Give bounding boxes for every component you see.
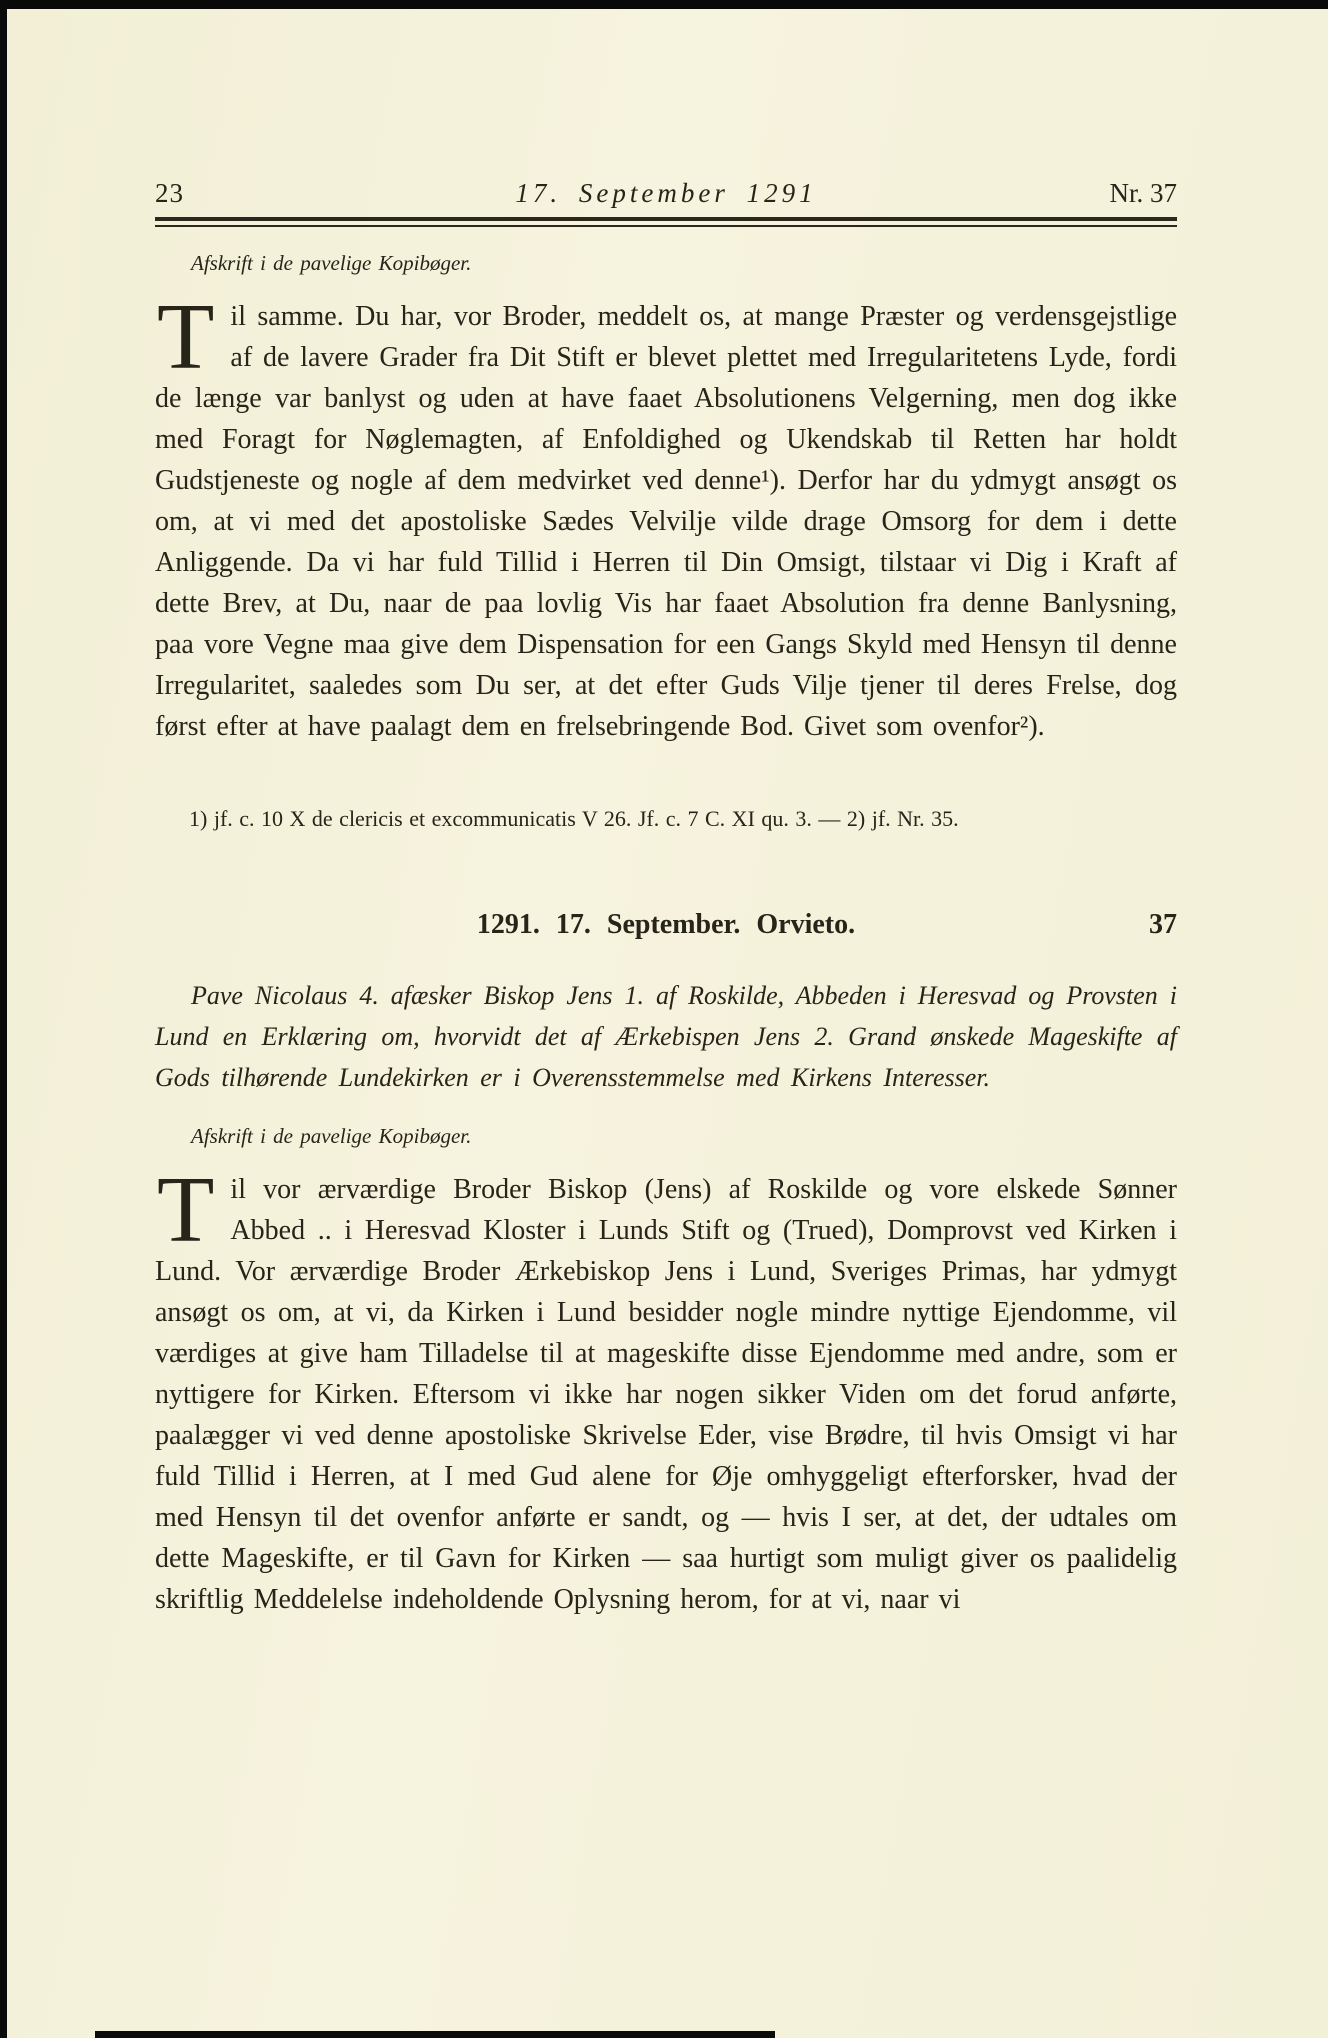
scan-edge-top [0, 0, 1328, 9]
page-number: 23 [155, 178, 335, 208]
letter-text-entry37: Til vor ærværdige Broder Biskop (Jens) a… [155, 1169, 1177, 1620]
drop-cap-initial: T [155, 296, 230, 372]
source-note-entry37: Afskrift i de pavelige Kopibøger. [191, 1124, 1177, 1149]
entry37-heading-row: 1291. 17. September. Orvieto. 37 [155, 909, 1177, 941]
letter-body: il vor ærværdige Broder Biskop (Jens) af… [155, 1174, 1177, 1615]
scan-edge-left [0, 0, 7, 2038]
letter-text-entry36: Til samme. Du har, vor Broder, meddelt o… [155, 296, 1177, 747]
entry37-summary: Pave Nicolaus 4. afæsker Biskop Jens 1. … [155, 975, 1177, 1098]
letter-body: il samme. Du har, vor Broder, meddelt os… [155, 301, 1177, 742]
footnote-entry36: 1) jf. c. 10 X de clericis et excommunic… [155, 805, 1177, 833]
running-title: 17. September 1291 [335, 178, 997, 208]
header-double-rule [155, 217, 1177, 227]
entry-ref-number: Nr. 37 [997, 178, 1177, 208]
drop-cap-initial: T [155, 1169, 230, 1245]
page-content: 23 17. September 1291 Nr. 37 Afskrift i … [155, 178, 1177, 1648]
entry37-heading: 1291. 17. September. Orvieto. [477, 909, 855, 940]
entry37-number: 37 [1149, 909, 1177, 941]
scanned-book-page: { "page_bg": "#f5f2dc", "ink_color": "#2… [0, 0, 1328, 2038]
scan-edge-bottom [95, 2031, 775, 2038]
running-header: 23 17. September 1291 Nr. 37 [155, 178, 1177, 208]
source-note-entry36: Afskrift i de pavelige Kopibøger. [191, 251, 1177, 276]
